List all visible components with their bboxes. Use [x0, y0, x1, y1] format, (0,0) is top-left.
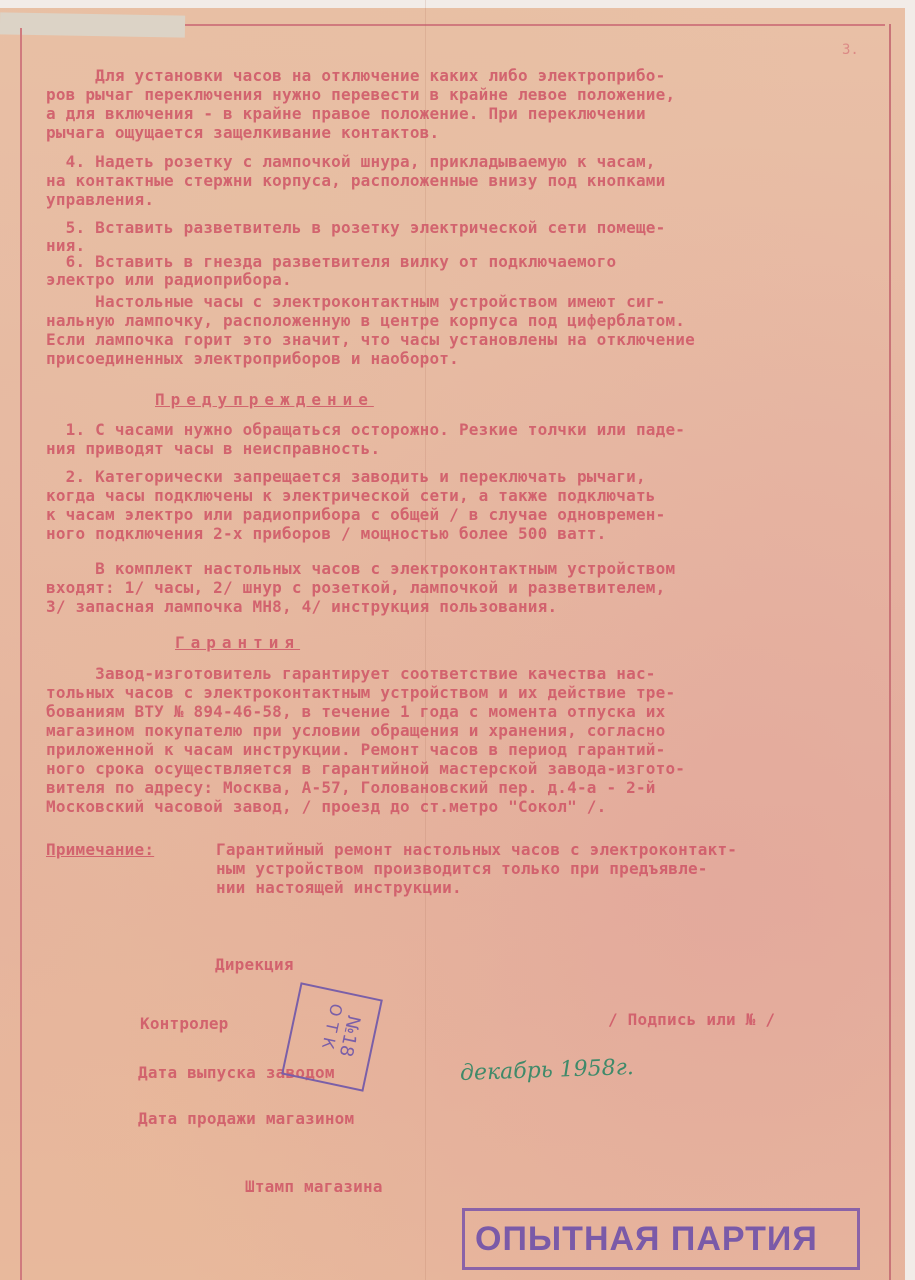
lamp-line: присоединенных электроприборов и наоборо… — [46, 349, 459, 368]
step-6-line: электро или радиоприбора. — [46, 270, 292, 289]
margin-line-right — [889, 24, 891, 1280]
note-line: ным устройством производится только при … — [216, 859, 708, 878]
warning-1-line: 1. С часами нужно обращаться осторожно. … — [46, 420, 685, 439]
guarantee-line: магазином покупателю при условии обращен… — [46, 721, 665, 740]
warning-2-line: к часам электро или радиоприбора с общей… — [46, 505, 665, 524]
guarantee-heading: Гарантия — [175, 633, 300, 652]
warning-2-line: когда часы подключены к электрической се… — [46, 486, 656, 505]
step-6-line: 6. Вставить в гнезда разветвителя вилку … — [46, 252, 616, 271]
lamp-line: Настольные часы с электроконтактным устр… — [46, 292, 665, 311]
step-5-line: 5. Вставить разветвитель в розетку элект… — [46, 218, 665, 237]
note-line: Гарантийный ремонт настольных часов с эл… — [216, 840, 737, 859]
guarantee-line: приложенной к часам инструкции. Ремонт ч… — [46, 740, 665, 759]
step-4-line: управления. — [46, 190, 154, 209]
guarantee-line: тольных часов с электроконтактным устрой… — [46, 683, 675, 702]
step-4-line: 4. Надеть розетку с лампочкой шнура, при… — [46, 152, 656, 171]
kit-line: 3/ запасная лампочка МН8, 4/ инструкция … — [46, 597, 557, 616]
warning-1-line: ния приводят часы в неисправность. — [46, 439, 380, 458]
margin-line-left — [20, 28, 22, 1280]
fold-crease — [425, 0, 426, 1280]
intro-line: рычага ощущается защелкивание контактов. — [46, 123, 439, 142]
sale-date-label: Дата продажи магазином — [138, 1109, 354, 1128]
direction-label: Дирекция — [215, 955, 294, 974]
warning-2-line: ного подключения 2-х приборов / мощность… — [46, 524, 606, 543]
shop-stamp-label: Штамп магазина — [245, 1177, 383, 1196]
guarantee-line: бованиям ВТУ № 894-46-58, в течение 1 го… — [46, 702, 665, 721]
guarantee-line: Московский часовой завод, / проезд до ст… — [46, 797, 606, 816]
step-4-line: на контактные стержни корпуса, расположе… — [46, 171, 665, 190]
note-label: Примечание: — [46, 840, 154, 859]
kit-line: входят: 1/ часы, 2/ шнур с розеткой, лам… — [46, 578, 665, 597]
trial-batch-stamp: ОПЫТНАЯ ПАРТИЯ — [462, 1208, 860, 1270]
guarantee-line: Завод-изготовитель гарантирует соответст… — [46, 664, 656, 683]
trial-batch-text: ОПЫТНАЯ ПАРТИЯ — [475, 1220, 818, 1259]
controller-label: Контролер — [140, 1014, 229, 1033]
intro-line: а для включения - в крайне правое положе… — [46, 104, 646, 123]
lamp-line: нальную лампочку, расположенную в центре… — [46, 311, 685, 330]
warnings-heading: Предупреждение — [155, 390, 374, 409]
adhesive-tape — [0, 12, 185, 37]
intro-line: Для установки часов на отключение каких … — [46, 66, 665, 85]
warning-2-line: 2. Категорически запрещается заводить и … — [46, 467, 646, 486]
page-number: 3. — [842, 42, 859, 58]
lamp-line: Если лампочка горит это значит, что часы… — [46, 330, 695, 349]
kit-line: В комплект настольных часов с электрокон… — [46, 559, 675, 578]
intro-line: ров рычаг переключения нужно перевести в… — [46, 85, 675, 104]
signature-hint: / Подпись или № / — [608, 1010, 775, 1029]
margin-line-top — [185, 24, 885, 26]
guarantee-line: ного срока осуществляется в гарантийной … — [46, 759, 685, 778]
note-line: нии настоящей инструкции. — [216, 878, 462, 897]
guarantee-line: вителя по адресу: Москва, А-57, Головано… — [46, 778, 656, 797]
